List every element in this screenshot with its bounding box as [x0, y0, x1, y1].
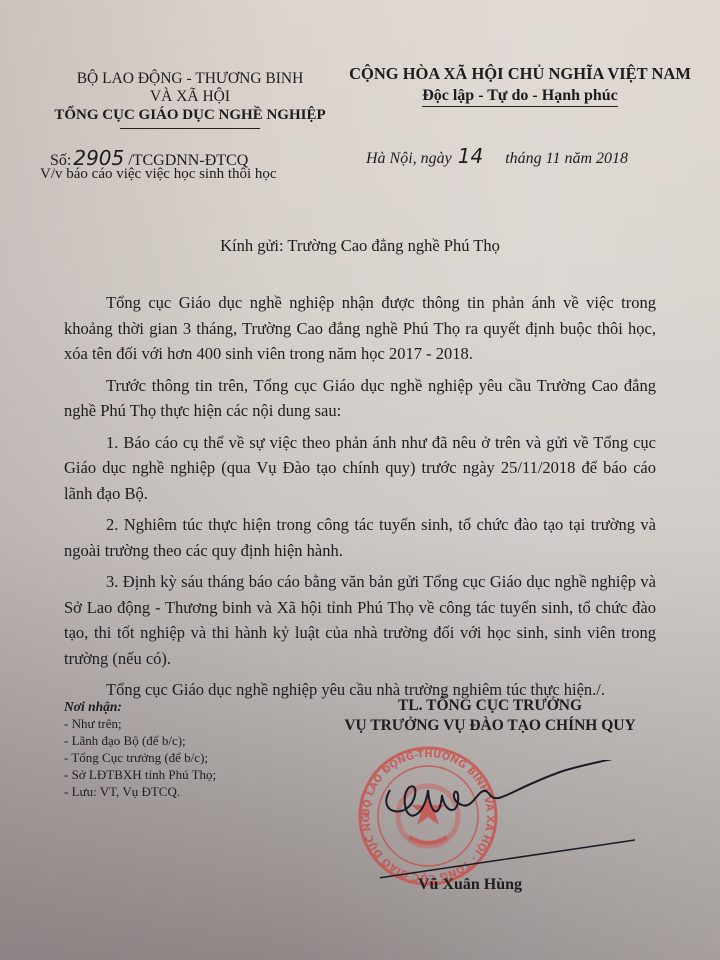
national-header: CỘNG HÒA XÃ HỘI CHỦ NGHĨA VIỆT NAM Độc l… [330, 64, 710, 107]
distribution-list: Nơi nhận: - Như trên; - Lãnh đạo Bộ (để … [64, 698, 216, 800]
distribution-item: - Lãnh đạo Bộ (để b/c); [64, 732, 216, 749]
distribution-item: - Tổng Cục trưởng (để b/c); [64, 749, 216, 766]
header-underline [120, 128, 260, 129]
issuing-agency-header: BỘ LAO ĐỘNG - THƯƠNG BINH VÀ XÃ HỘI TỔNG… [40, 70, 340, 129]
distribution-item: - Lưu: VT, Vụ ĐTCQ. [64, 783, 216, 800]
letter-body: Tổng cục Giáo dục nghề nghiệp nhận được … [64, 290, 656, 709]
handwritten-signature [380, 760, 640, 880]
paragraph: 2. Nghiêm túc thực hiện trong công tác t… [64, 512, 656, 563]
ministry-name-line1: BỘ LAO ĐỘNG - THƯƠNG BINH [40, 70, 340, 88]
date-rest: tháng 11 năm 2018 [505, 150, 628, 167]
ministry-name-line2: VÀ XÃ HỘI [40, 88, 340, 106]
date-prefix: Hà Nội, ngày [366, 150, 452, 167]
paragraph: 1. Báo cáo cụ thể về sự việc theo phản á… [64, 430, 656, 507]
agency-name: TỔNG CỤC GIÁO DỤC NGHỀ NGHIỆP [40, 106, 340, 124]
distribution-item: - Như trên; [64, 715, 216, 732]
signatory-line2: VỤ TRƯỞNG VỤ ĐÀO TẠO CHÍNH QUY [320, 716, 660, 736]
signatory-line1: TL. TỔNG CỤC TRƯỞNG [320, 696, 660, 716]
signatory-title: TL. TỔNG CỤC TRƯỞNG VỤ TRƯỞNG VỤ ĐÀO TẠO… [320, 696, 660, 736]
document-date: Hà Nội, ngày14tháng 11 năm 2018 [366, 144, 628, 168]
document-subject: V/v báo cáo việc việc học sinh thôi học [40, 166, 277, 183]
distribution-item: - Sở LĐTBXH tỉnh Phú Thọ; [64, 766, 216, 783]
paragraph: Tổng cục Giáo dục nghề nghiệp nhận được … [64, 290, 656, 367]
paragraph: 3. Định kỳ sáu tháng báo cáo bằng văn bả… [64, 569, 656, 671]
signatory-name: Vũ Xuân Hùng [418, 876, 522, 894]
national-title: CỘNG HÒA XÃ HỘI CHỦ NGHĨA VIỆT NAM [330, 64, 710, 84]
paragraph: Trước thông tin trên, Tổng cục Giáo dục … [64, 373, 656, 424]
national-motto: Độc lập - Tự do - Hạnh phúc [422, 87, 618, 107]
date-day-handwritten: 14 [458, 144, 483, 168]
distribution-heading: Nơi nhận: [64, 698, 216, 715]
recipient-line: Kính gửi: Trường Cao đẳng nghề Phú Thọ [0, 236, 720, 256]
